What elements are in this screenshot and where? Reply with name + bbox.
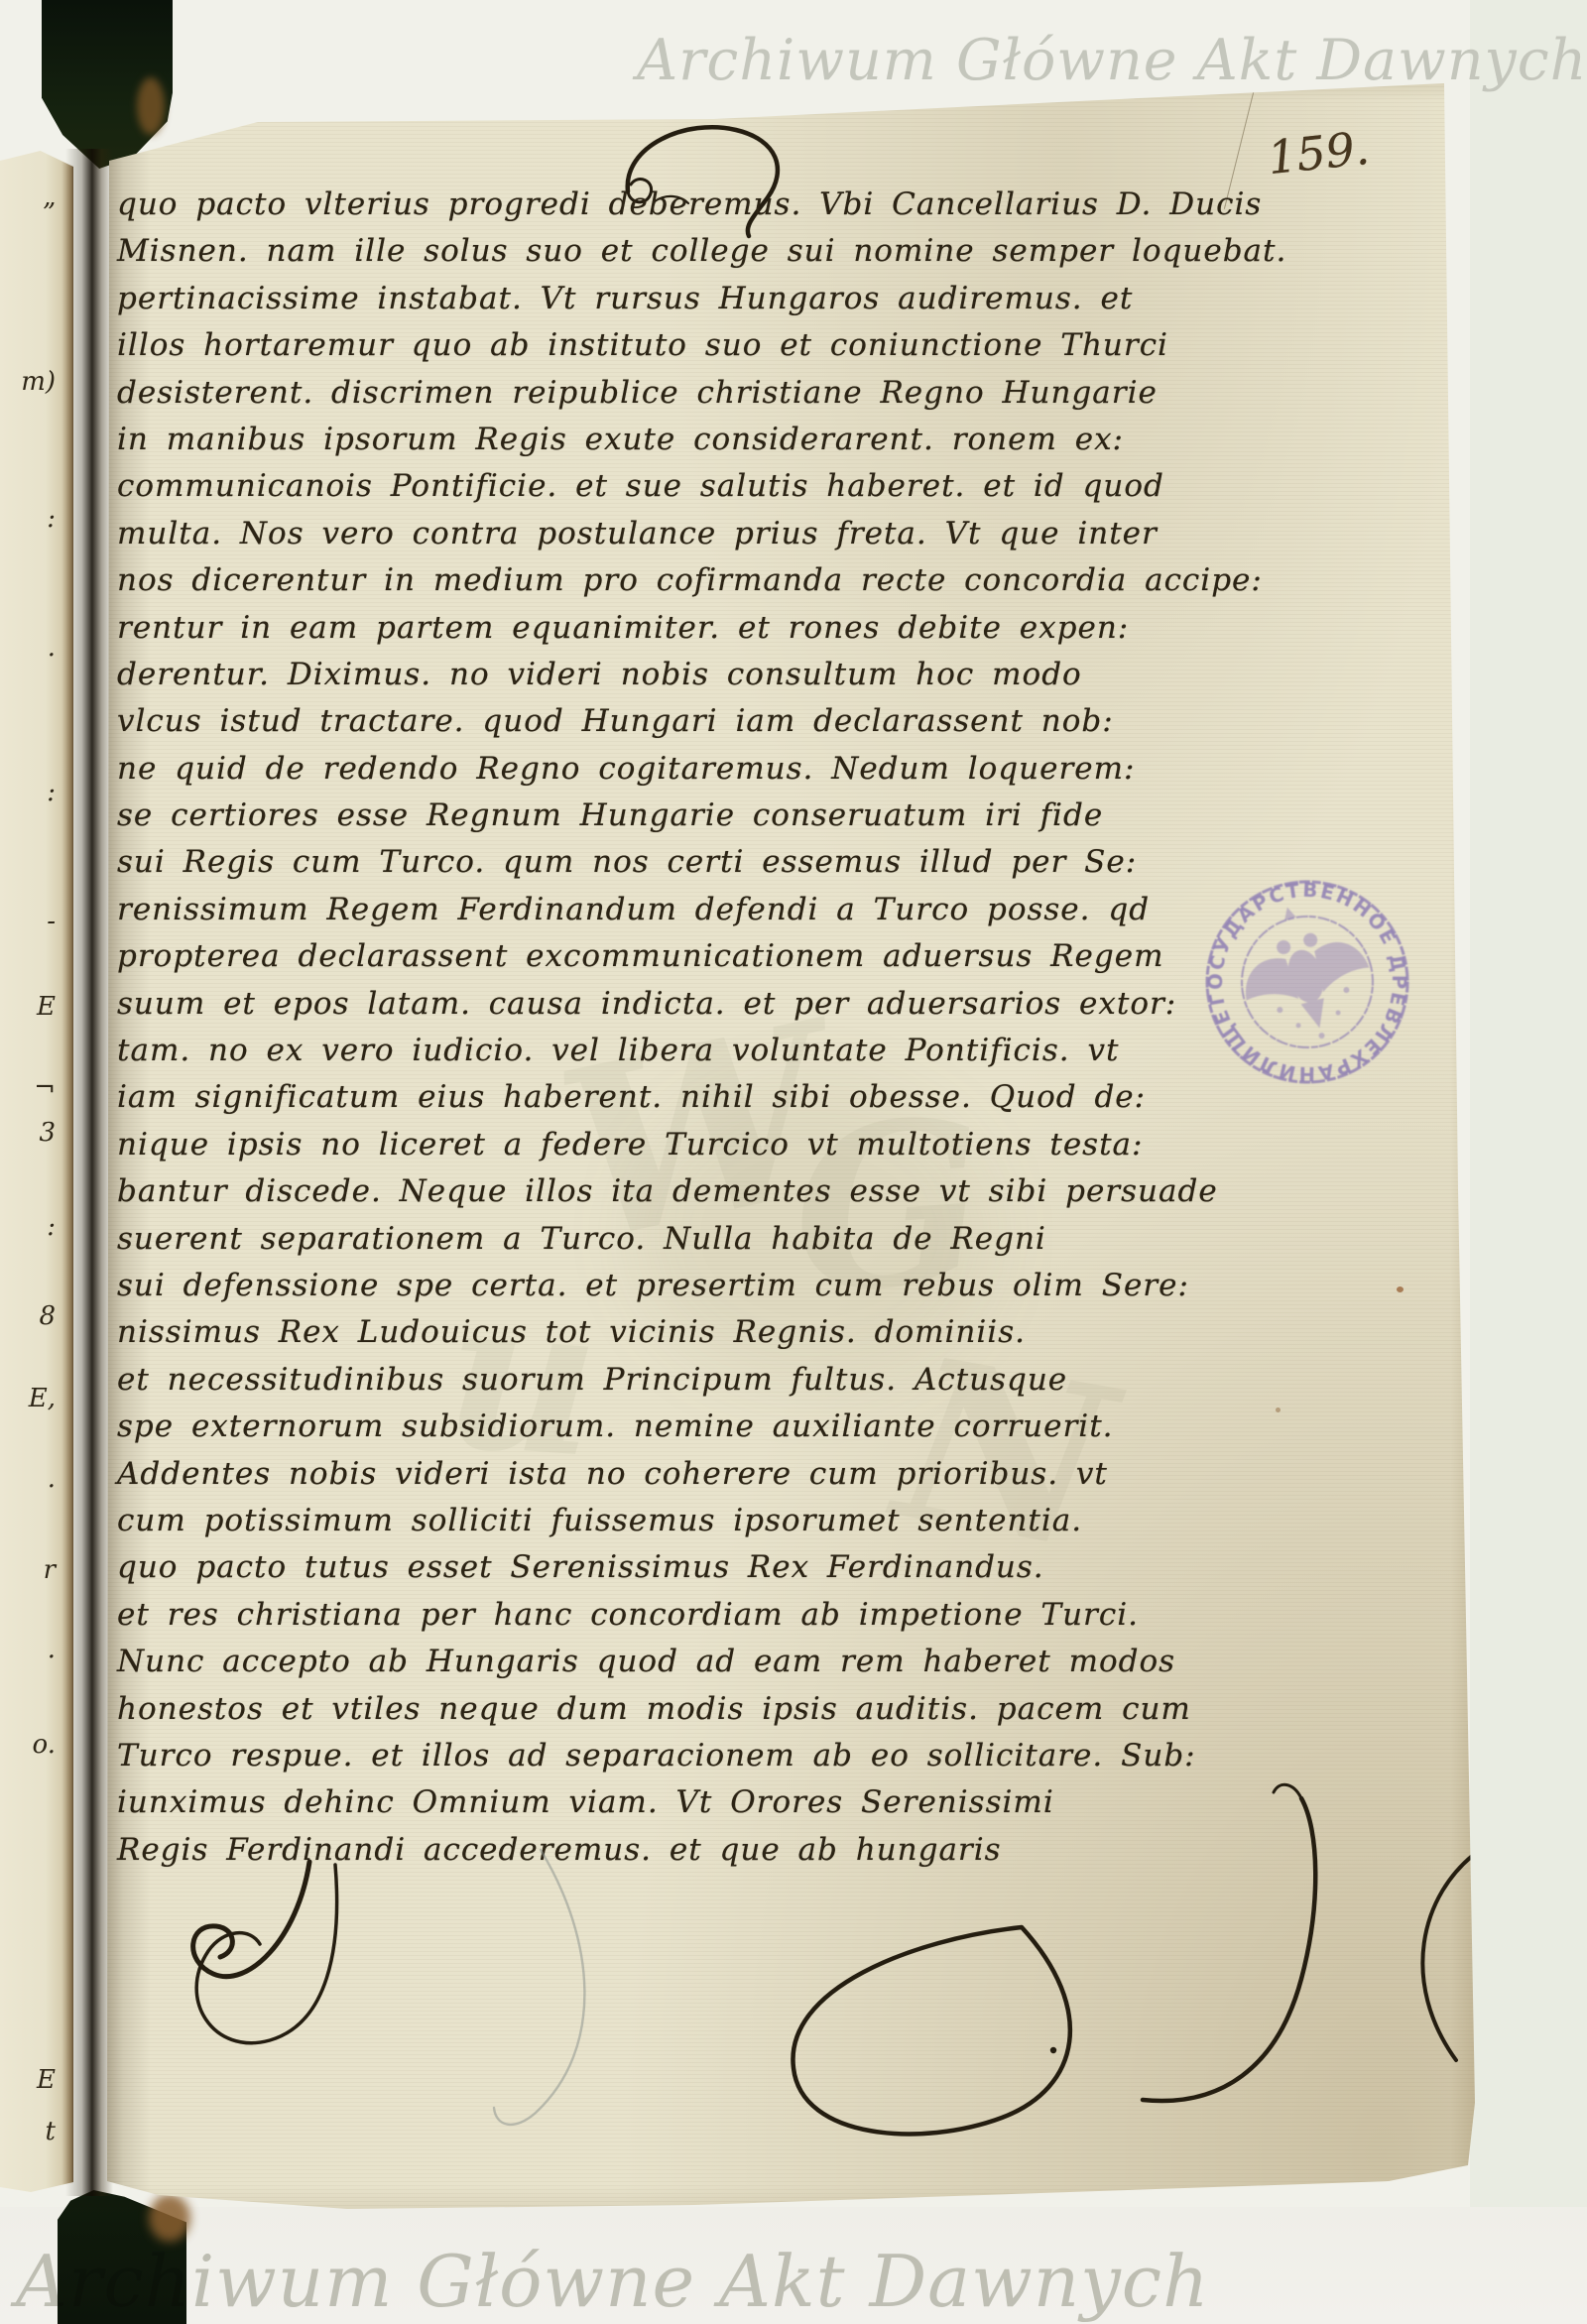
manuscript-line: sui defenssione spe certa. et presertim …	[117, 1263, 1218, 1309]
gutter-shadow	[65, 149, 113, 2196]
manuscript-line: iam significatum eius haberent. nihil si…	[117, 1074, 1218, 1121]
text-fragment: E	[0, 2065, 56, 2095]
manuscript-line: et res christiana per hanc concordiam ab…	[117, 1592, 1218, 1639]
text-fragment: ·	[0, 1643, 56, 1672]
watermark-bottom: Archiwum Główne Akt Dawnych	[16, 2240, 1209, 2323]
text-fragment: E,	[0, 1384, 56, 1413]
text-fragment: :	[0, 1212, 56, 1242]
manuscript-line: communicanois Pontificie. et sue salutis…	[117, 463, 1218, 510]
age-spot	[1397, 1286, 1404, 1292]
text-fragment: -	[0, 907, 56, 936]
age-spot	[1276, 1407, 1281, 1412]
manuscript-page: W G N u 159. quo pacto vlterius progredi…	[99, 74, 1480, 2219]
manuscript-line: propterea declarassent excommunicationem…	[117, 933, 1218, 980]
text-fragment: ”	[0, 198, 56, 228]
manuscript-line: renissimum Regem Ferdinandum defendi a T…	[117, 887, 1218, 933]
manuscript-line: suum et epos latam. causa indicta. et pe…	[117, 981, 1218, 1028]
text-fragment: ·	[0, 641, 56, 671]
manuscript-line: quo pacto tutus esset Serenissimus Rex F…	[117, 1544, 1218, 1591]
text-fragment: :	[0, 504, 56, 534]
text-fragment: m)	[0, 367, 56, 397]
text-fragment: t	[0, 2117, 56, 2146]
text-fragment: 3	[0, 1118, 56, 1148]
manuscript-line: derentur. Diximus. no videri nobis consu…	[117, 652, 1218, 698]
manuscript-line: nos dicerentur in medium pro cofirmanda …	[117, 557, 1218, 604]
manuscript-line: desisterent. discrimen reipublice christ…	[117, 370, 1218, 417]
manuscript-line: Misnen. nam ille solus suo et college su…	[117, 228, 1218, 275]
manuscript-line: et necessitudinibus suorum Principum ful…	[117, 1357, 1218, 1404]
manuscript-line: Addentes nobis videri ista no coherere c…	[117, 1451, 1218, 1498]
manuscript-line: vlcus istud tractare. quod Hungari iam d…	[117, 698, 1218, 745]
manuscript-line: nique ipsis no liceret a federe Turcico …	[117, 1122, 1218, 1168]
manuscript-line: tam. no ex vero iudicio. vel libera volu…	[117, 1028, 1218, 1074]
text-fragment: 8	[0, 1301, 56, 1331]
text-fragment: E	[0, 992, 56, 1022]
spine-smudge	[137, 77, 165, 135]
text-fragment: r	[0, 1555, 56, 1585]
manuscript-line: pertinacissime instabat. Vt rursus Hunga…	[117, 276, 1218, 322]
text-fragment: ¬	[0, 1073, 56, 1103]
spine-smudge	[149, 2194, 190, 2242]
manuscript-line: sui Regis cum Turco. qum nos certi essem…	[117, 839, 1218, 886]
text-fragment: :	[0, 778, 56, 807]
manuscript-line: illos hortaremur quo ab instituto suo et…	[117, 322, 1218, 369]
text-fragment: o.	[0, 1730, 56, 1760]
manuscript-line: cum potissimum solliciti fuissemus ipsor…	[117, 1498, 1218, 1544]
manuscript-line: rentur in eam partem equanimiter. et ron…	[117, 605, 1218, 652]
manuscript-line: spe externorum subsidiorum. nemine auxil…	[117, 1404, 1218, 1450]
scanner-background-right	[1470, 0, 1587, 2324]
manuscript-line: quo pacto vlterius progredi deberemus. V…	[117, 182, 1218, 228]
watermark-top: Archiwum Główne Akt Dawnych	[637, 28, 1587, 93]
facing-page-text-fragments: ”m):·:-E¬3:8E,·r·o.Et	[0, 151, 63, 2192]
manuscript-line: Nunc accepto ab Hungaris quod ad eam rem…	[117, 1639, 1218, 1685]
manuscript-line: nissimus Rex Ludouicus tot vicinis Regni…	[117, 1309, 1218, 1356]
manuscript-line: ne quid de redendo Regno cogitaremus. Ne…	[117, 746, 1218, 793]
archive-stamp: ГОСУДАРСТВЕННОЕ ДРЕВЛЕХРАНИЛИЩЕ	[1198, 873, 1416, 1091]
manuscript-text: quo pacto vlterius progredi deberemus. V…	[117, 182, 1218, 1874]
manuscript-line: in manibus ipsorum Regis exute considera…	[117, 417, 1218, 463]
text-fragment: ·	[0, 1472, 56, 1502]
pen-flourish-bottom	[99, 1711, 1480, 2219]
manuscript-line: bantur discede. Neque illos ita dementes…	[117, 1168, 1218, 1215]
ink-dot	[1050, 2047, 1056, 2053]
manuscript-line: suerent separationem a Turco. Nulla habi…	[117, 1216, 1218, 1263]
manuscript-line: multa. Nos vero contra postulance prius …	[117, 511, 1218, 557]
manuscript-line: se certiores esse Regnum Hungarie conser…	[117, 793, 1218, 839]
